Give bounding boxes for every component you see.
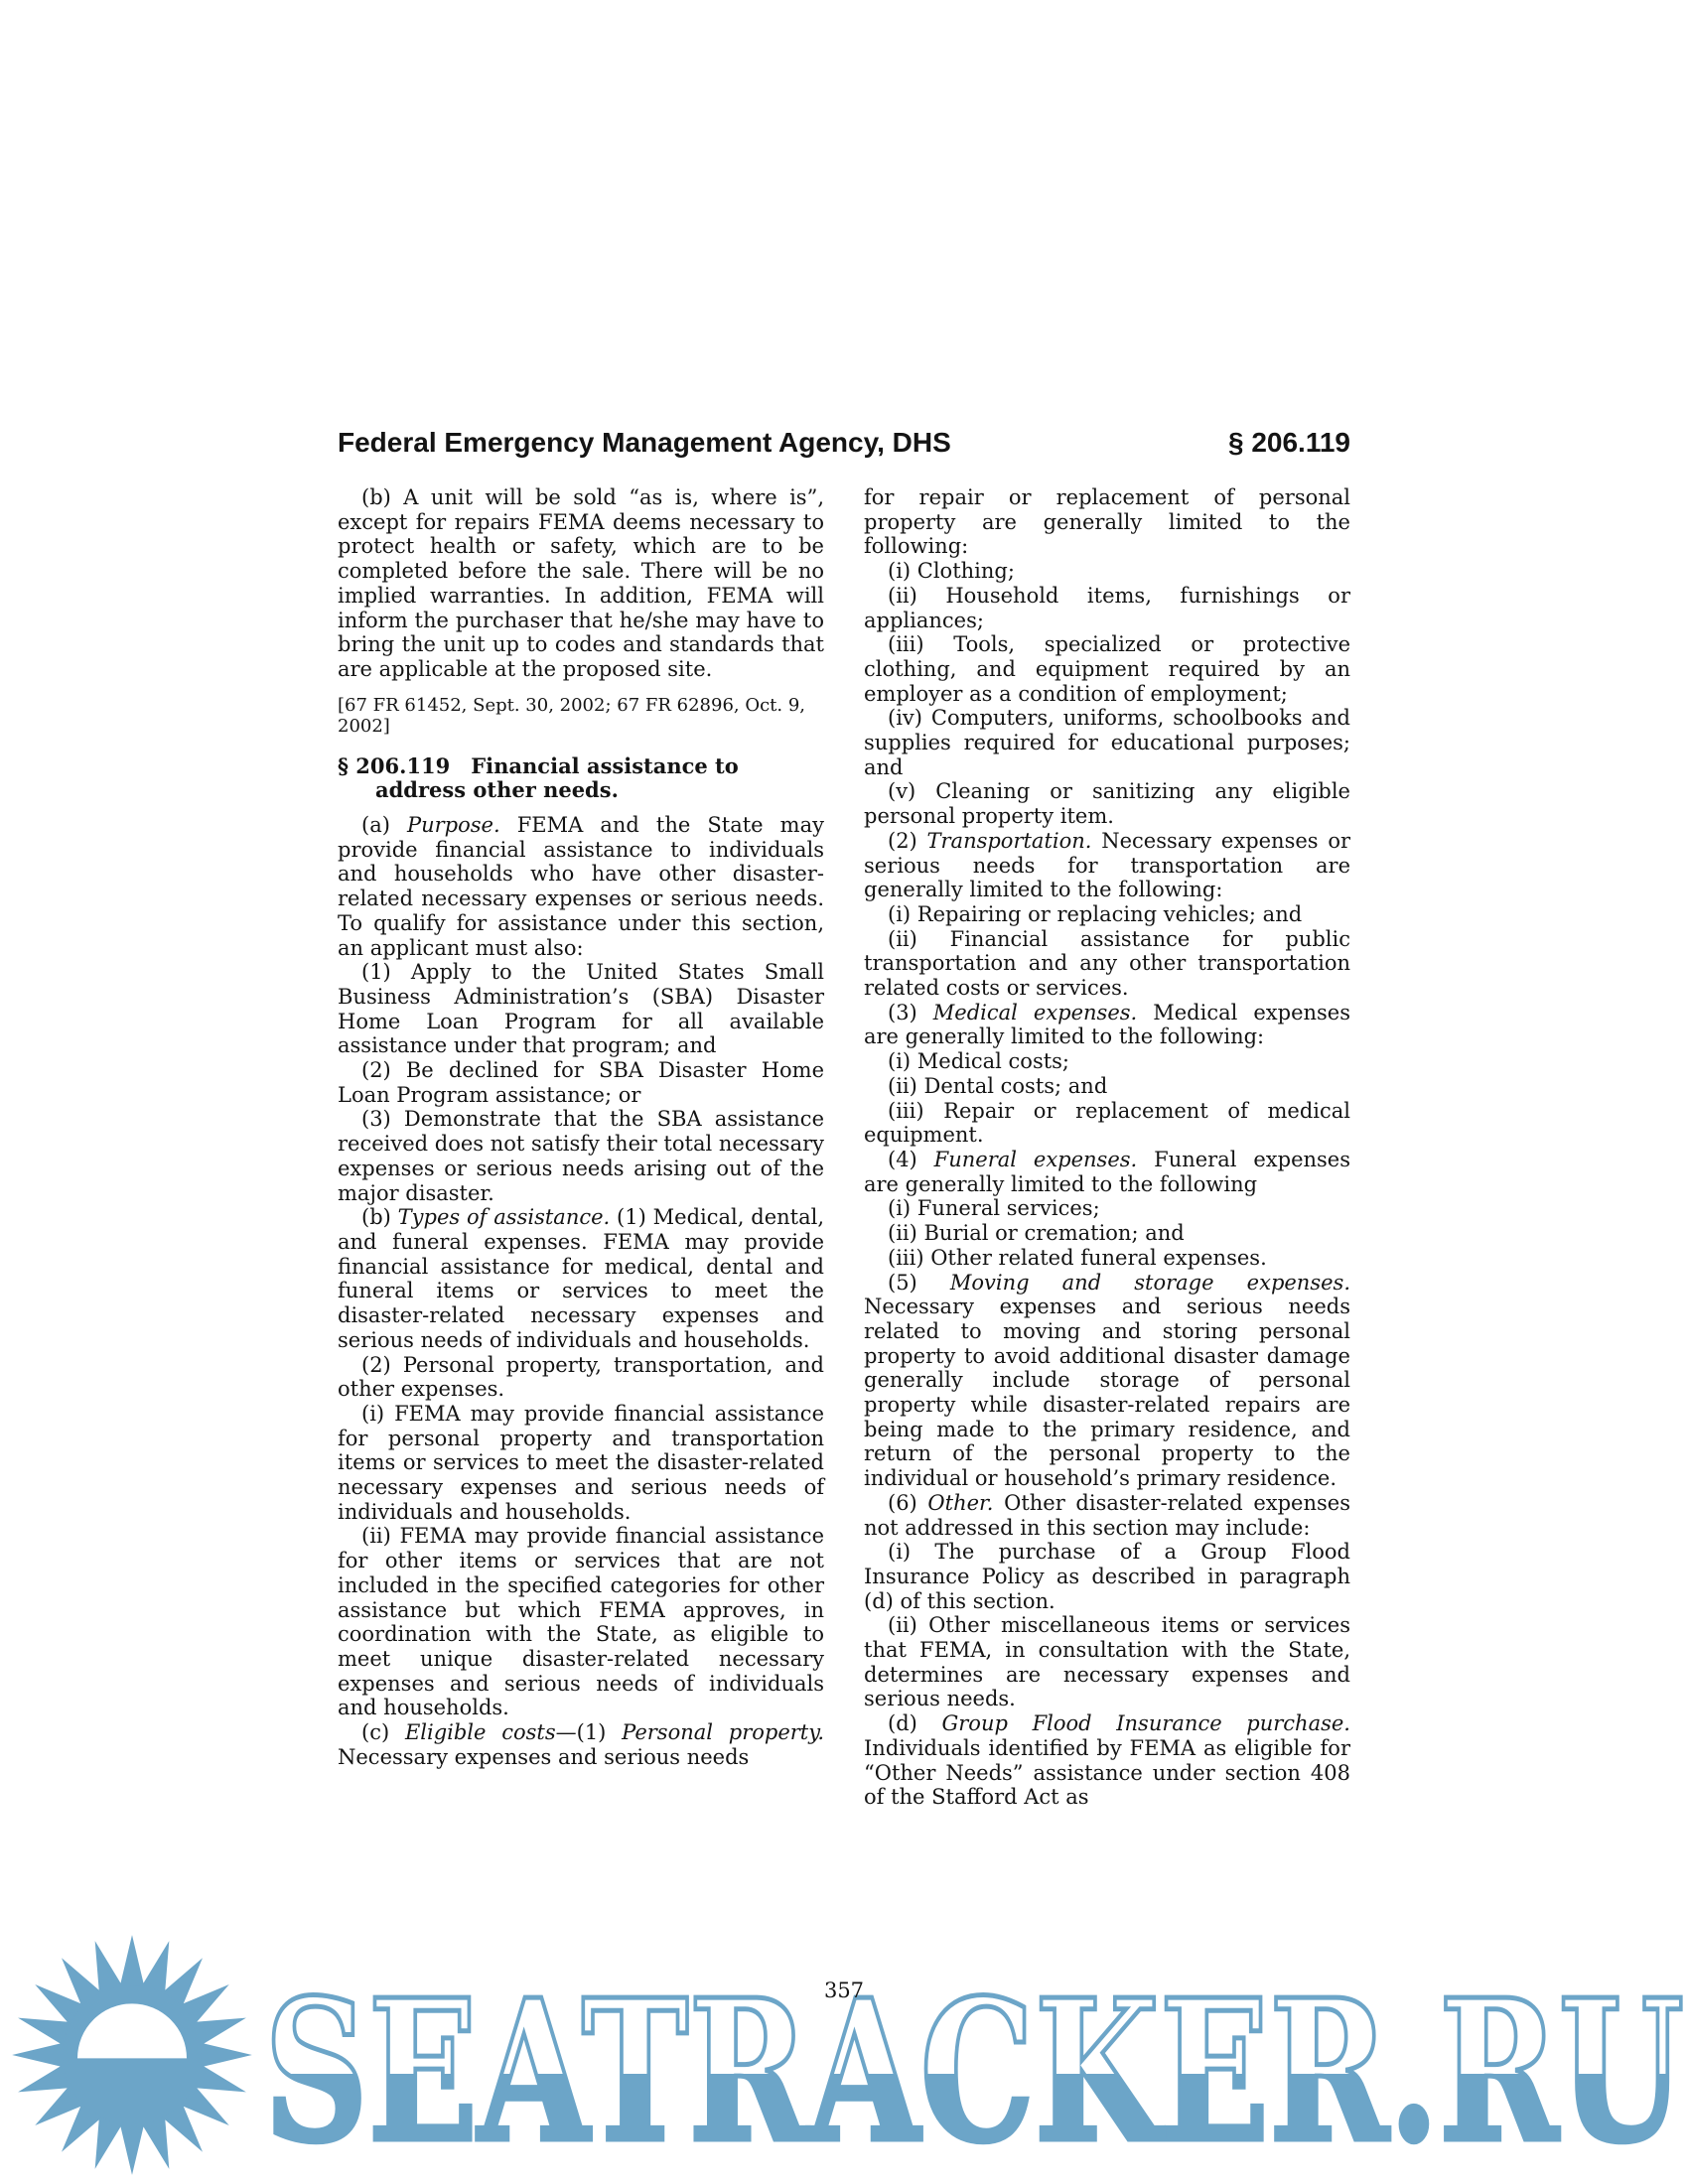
paragraph: (i) Funeral services; xyxy=(864,1196,1350,1221)
paragraph: (a) Purpose. FEMA and the State may prov… xyxy=(338,813,824,960)
paragraph: (ii) FEMA may provide financial assistan… xyxy=(338,1524,824,1720)
document-page: Federal Emergency Management Agency, DHS… xyxy=(0,0,1688,2184)
running-head-left: Federal Emergency Management Agency, DHS xyxy=(338,427,951,459)
right-column: for repair or replacement of personal pr… xyxy=(864,485,1350,1810)
paragraph: [67 FR 61452, Sept. 30, 2002; 67 FR 6289… xyxy=(338,695,824,737)
paragraph: (iii) Tools, specialized or protective c… xyxy=(864,632,1350,706)
paragraph: (iii) Repair or replacement of medical e… xyxy=(864,1099,1350,1148)
paragraph: (ii) Household items, furnishings or app… xyxy=(864,584,1350,632)
paragraph: (2) Be declined for SBA Disaster Home Lo… xyxy=(338,1058,824,1107)
left-column: (b) A unit will be sold “as is, where is… xyxy=(338,485,824,1810)
paragraph: (v) Cleaning or sanitizing any eligible … xyxy=(864,779,1350,828)
paragraph: (ii) Financial assistance for public tra… xyxy=(864,927,1350,1001)
paragraph: for repair or replacement of personal pr… xyxy=(864,485,1350,559)
paragraph: § 206.119 Financial assistance to addres… xyxy=(338,754,824,803)
paragraph: (ii) Other miscellaneous items or servic… xyxy=(864,1613,1350,1711)
paragraph: (3) Medical expenses. Medical expenses a… xyxy=(864,1001,1350,1049)
paragraph: (3) Demonstrate that the SBA assistance … xyxy=(338,1107,824,1205)
paragraph: (iv) Computers, uniforms, schoolbooks an… xyxy=(864,706,1350,779)
paragraph: (ii) Burial or cremation; and xyxy=(864,1221,1350,1246)
paragraph: (6) Other. Other disaster-related expens… xyxy=(864,1491,1350,1540)
paragraph: (i) Clothing; xyxy=(864,559,1350,584)
paragraph: (4) Funeral expenses. Funeral expenses a… xyxy=(864,1148,1350,1196)
paragraph: (ii) Dental costs; and xyxy=(864,1074,1350,1099)
paragraph: (1) Apply to the United States Small Bus… xyxy=(338,960,824,1058)
paragraph: (c) Eligible costs—(1) Personal property… xyxy=(338,1720,824,1769)
paragraph: (2) Transportation. Necessary expenses o… xyxy=(864,829,1350,902)
paragraph: (b) A unit will be sold “as is, where is… xyxy=(338,485,824,682)
paragraph: (i) FEMA may provide financial assistanc… xyxy=(338,1402,824,1525)
paragraph: (d) Group Flood Insurance purchase. Indi… xyxy=(864,1711,1350,1810)
sun-icon xyxy=(8,1931,256,2179)
page-number: 357 xyxy=(338,1979,1350,2002)
paragraph: (b) Types of assistance. (1) Medical, de… xyxy=(338,1205,824,1352)
page-header: Federal Emergency Management Agency, DHS… xyxy=(338,427,1350,459)
paragraph: (i) Repairing or replacing vehicles; and xyxy=(864,902,1350,927)
paragraph: (iii) Other related funeral expenses. xyxy=(864,1246,1350,1271)
running-head-right: § 206.119 xyxy=(1228,427,1350,459)
text-columns: (b) A unit will be sold “as is, where is… xyxy=(338,485,1350,1810)
paragraph: (5) Moving and storage expenses. Necessa… xyxy=(864,1271,1350,1491)
paragraph: (i) Medical costs; xyxy=(864,1049,1350,1074)
paragraph: (i) The purchase of a Group Flood Insura… xyxy=(864,1540,1350,1613)
paragraph: (2) Personal property, transportation, a… xyxy=(338,1353,824,1402)
